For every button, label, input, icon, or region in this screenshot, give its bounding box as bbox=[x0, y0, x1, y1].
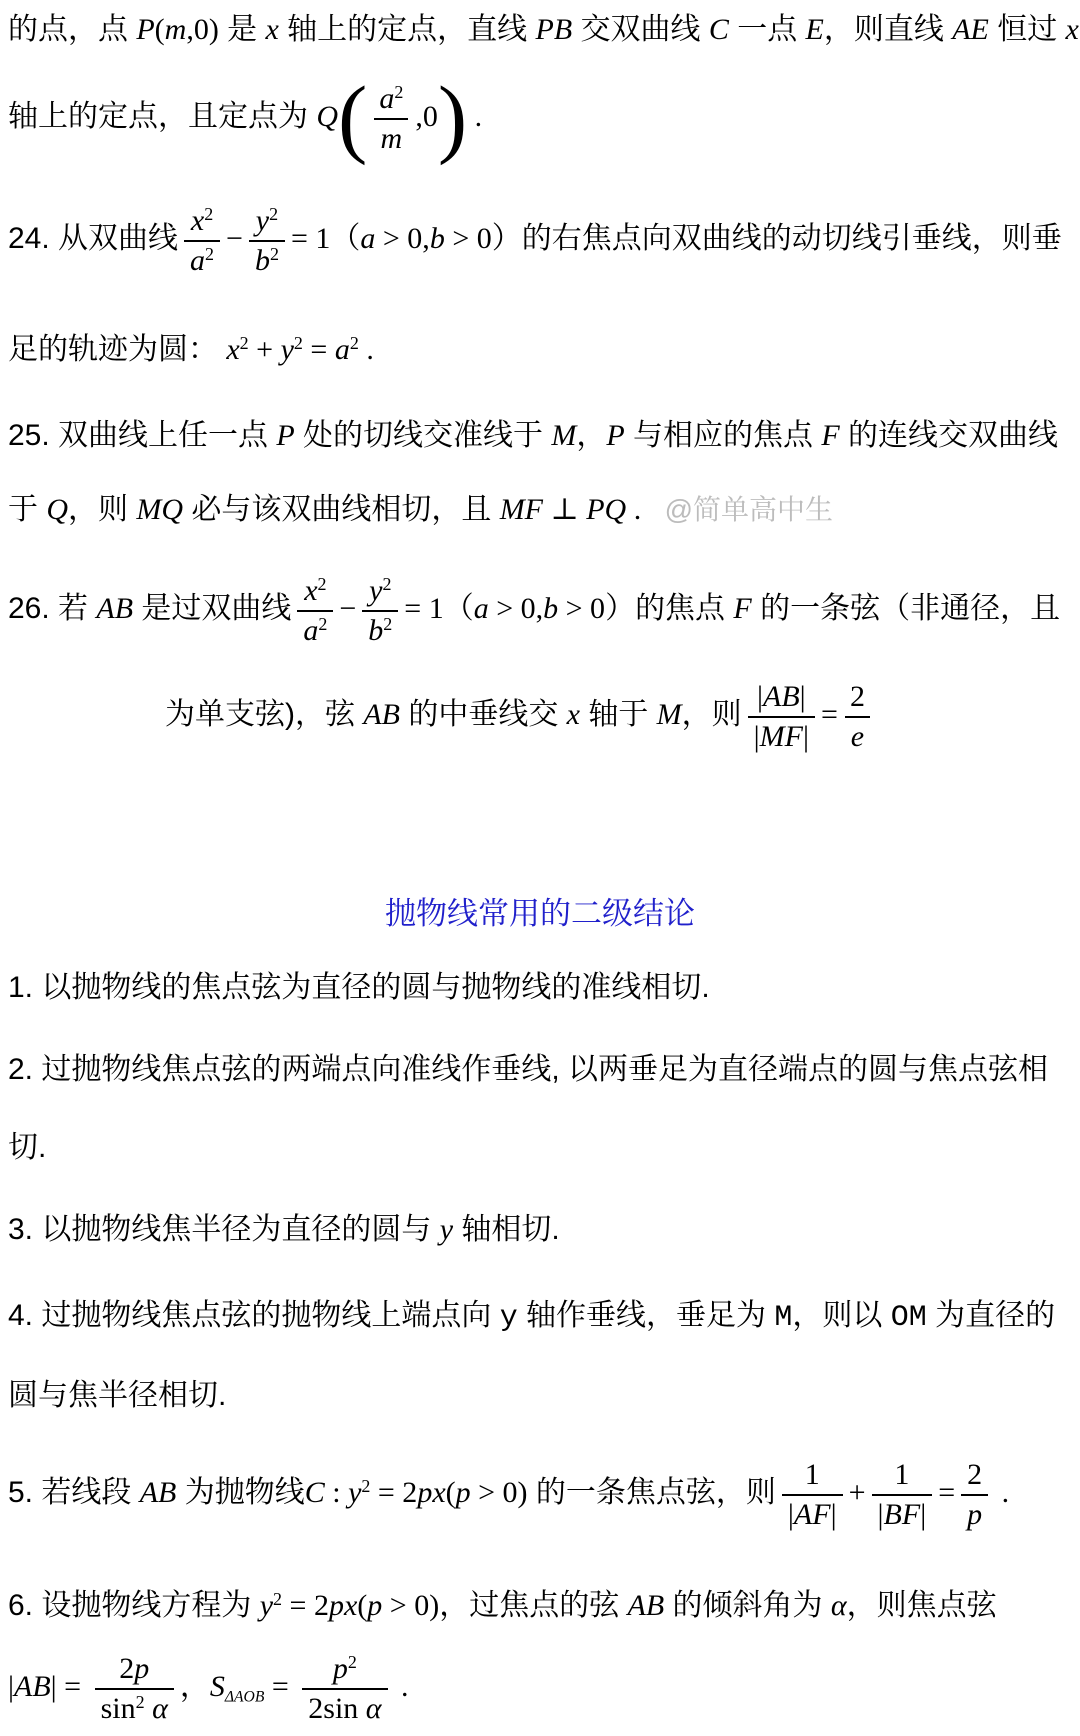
text-run: y bbox=[260, 1589, 273, 1622]
fraction: |AB||MF| bbox=[748, 678, 815, 756]
text-run: b bbox=[430, 222, 445, 255]
subscript: ΔAOB bbox=[225, 1688, 264, 1705]
conclusion-3: 3. 以抛物线焦半径为直径的圆与 y 轴相切. bbox=[8, 1210, 560, 1249]
text-run: AB bbox=[140, 1476, 177, 1509]
text-run: = 1 bbox=[291, 222, 330, 255]
text-run: − bbox=[226, 222, 243, 255]
text-run: ， bbox=[180, 1670, 210, 1703]
text-run: 2 bbox=[850, 680, 865, 713]
text-run: AB bbox=[363, 698, 400, 731]
superscript: 2 bbox=[205, 244, 214, 264]
fraction: x2a2 bbox=[184, 202, 220, 280]
text-run: > 0, bbox=[375, 222, 429, 255]
text-run: y bbox=[500, 1301, 518, 1335]
text-run: sin bbox=[101, 1692, 136, 1725]
superscript: 2 bbox=[382, 574, 391, 594]
text-run: BF bbox=[884, 1498, 921, 1531]
text-run: 25. 双曲线上任一点 bbox=[8, 419, 276, 452]
text-run: 为直径的 bbox=[927, 1299, 1055, 1332]
text-run: 是过双曲线 bbox=[133, 592, 291, 625]
text-run: C bbox=[305, 1476, 325, 1509]
text-run: 轴上的定点，且定点为 bbox=[8, 100, 316, 133]
text-run: > 0 bbox=[445, 222, 492, 255]
text-run: | bbox=[803, 720, 809, 753]
text-run: OM bbox=[891, 1301, 927, 1335]
text-run: a bbox=[303, 614, 318, 647]
text-run: 4. 过抛物线焦点弦的抛物线上端点向 bbox=[8, 1299, 500, 1332]
fraction: y2b2 bbox=[249, 202, 285, 280]
text-run: | = bbox=[51, 1670, 89, 1703]
text-run: PB bbox=[536, 13, 573, 46]
fraction: x2a2 bbox=[297, 572, 333, 650]
conclusion-1: 1. 以抛物线的焦点弦为直径的圆与抛物线的准线相切. bbox=[8, 968, 710, 1007]
text-run: 的右焦点向双曲线的动切线引垂线，则垂 bbox=[522, 222, 1062, 255]
text-run: 的倾斜角为 bbox=[664, 1589, 831, 1622]
fraction: 1|BF| bbox=[872, 1456, 933, 1534]
text-run: p bbox=[367, 1589, 382, 1622]
text-run: p bbox=[333, 1652, 348, 1685]
text-run: b bbox=[255, 244, 270, 277]
text-run: y bbox=[440, 1213, 453, 1246]
text-run: ( bbox=[357, 1589, 367, 1622]
conclusion-6-line-2: |AB| = 2psin2 α，SΔAOB = p22sin α . bbox=[8, 1650, 409, 1728]
fraction: y2b2 bbox=[362, 572, 398, 650]
text-run: 6. 设抛物线方程为 bbox=[8, 1589, 260, 1622]
text-run: b bbox=[368, 614, 383, 647]
item-24-line-2: 足的轨迹为圆： x2 + y2 = a2 . bbox=[8, 330, 374, 369]
superscript: 2 bbox=[318, 574, 327, 594]
text-run: = 2 bbox=[282, 1589, 329, 1622]
text-run: M bbox=[657, 698, 682, 731]
text-run: x bbox=[191, 204, 204, 237]
text-run: : bbox=[325, 1476, 348, 1509]
text-run: AB bbox=[628, 1589, 665, 1622]
text-run: = 1 bbox=[404, 592, 443, 625]
text-run: ) bbox=[209, 13, 219, 46]
text-run: x bbox=[226, 333, 239, 366]
text-run: a bbox=[360, 222, 375, 255]
text-run: ，则直线 bbox=[824, 13, 952, 46]
text-run: x bbox=[1066, 13, 1079, 46]
text-run: a bbox=[190, 244, 205, 277]
text-run: b bbox=[543, 592, 558, 625]
text-run: y bbox=[256, 204, 269, 237]
item-26-line-1: 26. 若 AB 是过双曲线x2a2−y2b2= 1（a > 0,b > 0）的… bbox=[8, 572, 1060, 650]
text-run: 轴上的定点，直线 bbox=[279, 13, 536, 46]
text-run: . bbox=[626, 493, 641, 526]
text-run: 轴于 bbox=[580, 698, 657, 731]
text-run: ，则以 bbox=[792, 1299, 890, 1332]
fraction: 2psin2 α bbox=[95, 1650, 174, 1728]
text-run: x bbox=[567, 698, 580, 731]
text-run: ，过焦点的弦 bbox=[439, 1589, 627, 1622]
text-run: 是 bbox=[219, 13, 266, 46]
text-run: 与相应的焦点 bbox=[625, 419, 822, 452]
intro-line-2: 轴上的定点，且定点为 Q(a2m,0) . bbox=[8, 80, 482, 158]
item-25-line-2: 于 Q，则 MQ 必与该双曲线相切，且 MF ⊥ PQ . @简单高中生 bbox=[8, 490, 833, 529]
text-run: . bbox=[467, 100, 482, 133]
fraction: 1|AF| bbox=[782, 1456, 843, 1534]
text-run: ，则 bbox=[68, 493, 136, 526]
item-25-line-1: 25. 双曲线上任一点 P 处的切线交准线于 M，P 与相应的焦点 F 的连线交… bbox=[8, 416, 1058, 455]
text-run: α bbox=[831, 1589, 847, 1622]
text-run: MQ bbox=[136, 493, 183, 526]
big-paren: ) bbox=[438, 70, 467, 167]
text-run: 的焦点 bbox=[635, 592, 733, 625]
text-run: PQ bbox=[586, 493, 626, 526]
conclusion-2-line-2: 切. bbox=[8, 1128, 46, 1167]
text-run: + bbox=[849, 1476, 866, 1509]
text-run: + bbox=[249, 333, 281, 366]
text-run: F bbox=[821, 419, 839, 452]
text-run: 1 bbox=[805, 1458, 820, 1491]
text-run: > 0 bbox=[558, 592, 605, 625]
text-run: MF bbox=[500, 493, 543, 526]
superscript: 2 bbox=[204, 204, 213, 224]
text-run: 于 bbox=[8, 493, 46, 526]
fraction: 2e bbox=[844, 678, 871, 756]
text-run: 轴作垂线，垂足为 bbox=[518, 1299, 775, 1332]
text-run: AB bbox=[96, 592, 133, 625]
text-run: AB bbox=[14, 1670, 51, 1703]
text-run: − bbox=[339, 592, 356, 625]
text-run: 为单支弦)，弦 bbox=[165, 698, 363, 731]
text-run: m bbox=[380, 122, 402, 155]
superscript: 2 bbox=[270, 244, 279, 264]
text-run: （ bbox=[330, 222, 360, 255]
text-run: 的一条焦点弦，则 bbox=[528, 1476, 776, 1509]
text-run: | bbox=[920, 1498, 926, 1531]
text-run: x bbox=[266, 13, 279, 46]
text-run: 2sin bbox=[308, 1692, 358, 1725]
text-run: AE bbox=[952, 13, 989, 46]
superscript: 2 bbox=[394, 82, 403, 102]
text-run: x bbox=[304, 574, 317, 607]
text-run: p bbox=[134, 1652, 149, 1685]
text-run: p bbox=[456, 1476, 471, 1509]
big-paren: ( bbox=[338, 70, 367, 167]
text-run: 轴相切. bbox=[453, 1213, 560, 1246]
superscript: 2 bbox=[383, 614, 392, 634]
text-run: = bbox=[264, 1670, 296, 1703]
text-run: p bbox=[967, 1498, 982, 1531]
text-run: 交双曲线 bbox=[572, 13, 709, 46]
text-run: = bbox=[938, 1476, 955, 1509]
text-run: 一点 bbox=[729, 13, 806, 46]
text-run: AF bbox=[794, 1498, 831, 1531]
text-run: > 0) bbox=[471, 1476, 528, 1509]
conclusion-4-line-1: 4. 过抛物线焦点弦的抛物线上端点向 y 轴作垂线，垂足为 M，则以 OM 为直… bbox=[8, 1296, 1055, 1338]
text-run: 的连线交双曲线 bbox=[840, 419, 1058, 452]
fraction: a2m bbox=[373, 80, 409, 158]
text-run: P bbox=[606, 419, 624, 452]
text-run: = bbox=[303, 333, 335, 366]
conclusion-2-line-1: 2. 过抛物线焦点弦的两端点向准线作垂线, 以两垂足为直径端点的圆与焦点弦相 bbox=[8, 1050, 1048, 1089]
text-run: P bbox=[276, 419, 294, 452]
text-run: ） bbox=[492, 222, 522, 255]
text-run: 的中垂线交 bbox=[400, 698, 567, 731]
text-run: C bbox=[709, 13, 729, 46]
text-run: 圆与焦半径相切. bbox=[8, 1379, 226, 1412]
text-run: ,0 bbox=[415, 100, 438, 133]
superscript: 2 bbox=[350, 333, 359, 353]
conclusion-6-line-1: 6. 设抛物线方程为 y2 = 2px(p > 0)，过焦点的弦 AB 的倾斜角… bbox=[8, 1586, 997, 1625]
text-run: 3. 以抛物线焦半径为直径的圆与 bbox=[8, 1213, 440, 1246]
text-run: px bbox=[417, 1476, 445, 1509]
text-run: y bbox=[348, 1476, 361, 1509]
text-run: M bbox=[774, 1301, 792, 1335]
text-run: M bbox=[551, 419, 576, 452]
text-run: 恒过 bbox=[989, 13, 1066, 46]
conclusion-4-line-2: 圆与焦半径相切. bbox=[8, 1376, 226, 1415]
superscript: 2 bbox=[294, 333, 303, 353]
superscript: 2 bbox=[136, 1692, 145, 1712]
text-run: > 0) bbox=[382, 1589, 439, 1622]
text-run: 1 bbox=[894, 1458, 909, 1491]
text-run: α bbox=[358, 1692, 381, 1725]
text-run: 26. 若 bbox=[8, 592, 96, 625]
text-run: y bbox=[281, 333, 294, 366]
section-heading: 抛物线常用的二级结论 bbox=[0, 888, 1080, 933]
item-26-line-2: 为单支弦)，弦 AB 的中垂线交 x 轴于 M，则|AB||MF|=2e bbox=[165, 678, 877, 756]
text-run: ⊥ bbox=[543, 493, 586, 526]
text-run: 的一条弦（非通径，且 bbox=[752, 592, 1060, 625]
text-run: MF bbox=[760, 720, 803, 753]
text-run: a bbox=[474, 592, 489, 625]
text-run: ,0 bbox=[186, 13, 209, 46]
text-run: ( bbox=[155, 13, 165, 46]
text-run: P bbox=[136, 13, 154, 46]
document-page: 的点，点 P(m,0) 是 x 轴上的定点，直线 PB 交双曲线 C 一点 E，… bbox=[0, 0, 1080, 1736]
text-run: 处的切线交准线于 bbox=[295, 419, 552, 452]
text-run: ， bbox=[576, 419, 606, 452]
text-run: . bbox=[994, 1476, 1009, 1509]
text-run: （ bbox=[444, 592, 474, 625]
text-run: ） bbox=[605, 592, 635, 625]
text-run: > 0, bbox=[489, 592, 543, 625]
superscript: 2 bbox=[348, 1652, 357, 1672]
text-run: F bbox=[733, 592, 751, 625]
superscript: 2 bbox=[269, 204, 278, 224]
superscript: 2 bbox=[318, 614, 327, 634]
text-run: = 2 bbox=[370, 1476, 417, 1509]
text-run: α bbox=[145, 1692, 168, 1725]
fraction: 2p bbox=[961, 1456, 988, 1534]
text-run: 为抛物线 bbox=[176, 1476, 304, 1509]
text-run: e bbox=[851, 720, 864, 753]
text-run: AB bbox=[763, 680, 800, 713]
text-run: . bbox=[394, 1670, 409, 1703]
text-run: 1. 以抛物线的焦点弦为直径的圆与抛物线的准线相切. bbox=[8, 971, 710, 1004]
text-run: ，则 bbox=[682, 698, 742, 731]
text-run: 切. bbox=[8, 1131, 46, 1164]
text-run: y bbox=[369, 574, 382, 607]
text-run: m bbox=[165, 13, 187, 46]
text-run: ，则焦点弦 bbox=[847, 1589, 997, 1622]
superscript: 2 bbox=[273, 1589, 282, 1609]
text-run: Q bbox=[46, 493, 68, 526]
text-run: 2 bbox=[119, 1652, 134, 1685]
item-24-line-1: 24. 从双曲线x2a2−y2b2= 1（a > 0,b > 0）的右焦点向双曲… bbox=[8, 202, 1062, 280]
text-run: S bbox=[210, 1670, 225, 1703]
text-run: | bbox=[800, 680, 806, 713]
text-run: 足的轨迹为圆： bbox=[8, 333, 226, 366]
text-run: | bbox=[831, 1498, 837, 1531]
fraction: p22sin α bbox=[302, 1650, 387, 1728]
superscript: 2 bbox=[240, 333, 249, 353]
text-run: E bbox=[806, 13, 824, 46]
text-run: = bbox=[821, 698, 838, 731]
text-run: 必与该双曲线相切，且 bbox=[183, 493, 500, 526]
text-run: a bbox=[335, 333, 350, 366]
text-run: 2 bbox=[967, 1458, 982, 1491]
watermark-text: @简单高中生 bbox=[641, 494, 833, 525]
text-run: Q bbox=[316, 100, 338, 133]
text-run: 24. 从双曲线 bbox=[8, 222, 178, 255]
conclusion-5: 5. 若线段 AB 为抛物线C : y2 = 2px(p > 0) 的一条焦点弦… bbox=[8, 1456, 1009, 1534]
text-run: 的点，点 bbox=[8, 13, 136, 46]
text-run: px bbox=[329, 1589, 357, 1622]
text-run: . bbox=[359, 333, 374, 366]
intro-line-1: 的点，点 P(m,0) 是 x 轴上的定点，直线 PB 交双曲线 C 一点 E，… bbox=[8, 10, 1079, 49]
text-run: a bbox=[379, 82, 394, 115]
text-run: 5. 若线段 bbox=[8, 1476, 140, 1509]
text-run: ( bbox=[446, 1476, 456, 1509]
text-run: 2. 过抛物线焦点弦的两端点向准线作垂线, 以两垂足为直径端点的圆与焦点弦相 bbox=[8, 1053, 1048, 1086]
